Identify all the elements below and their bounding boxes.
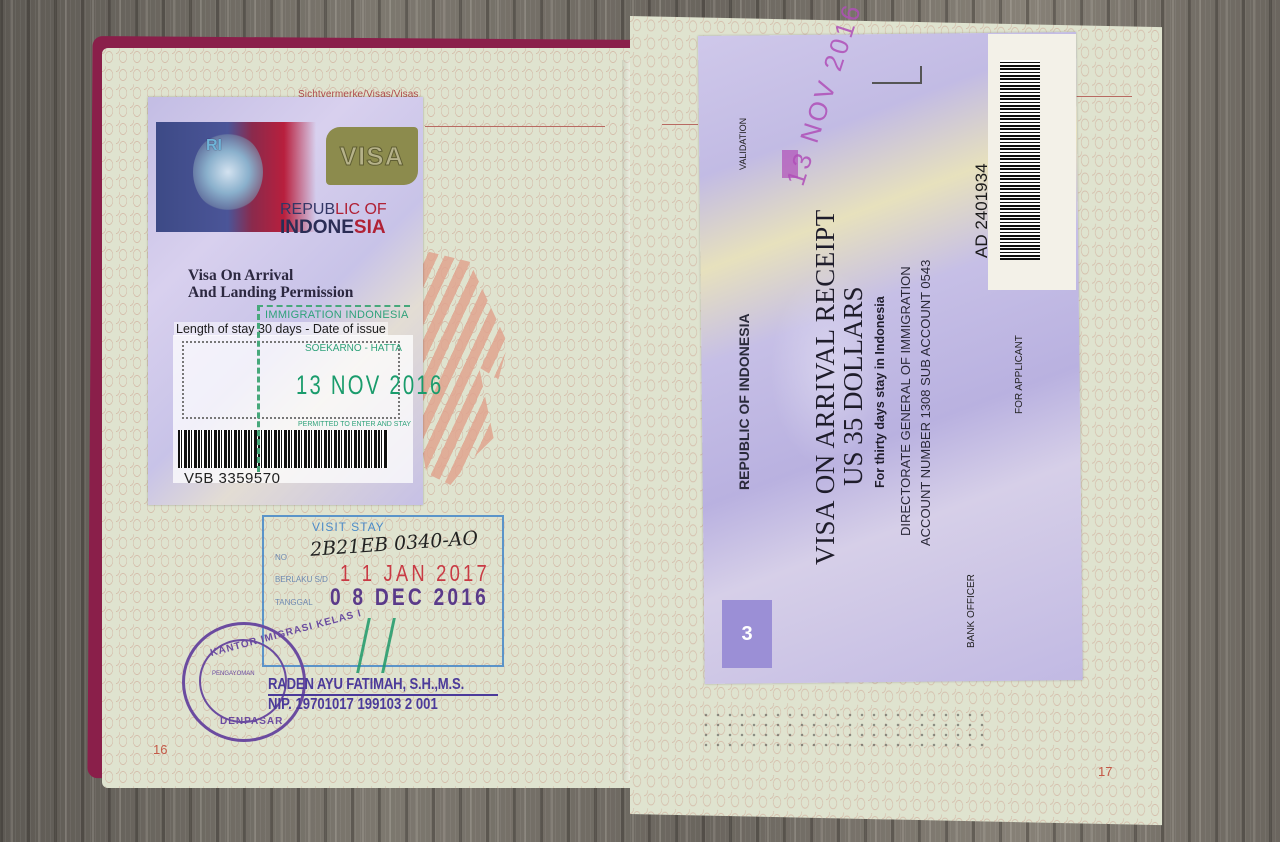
entry-stamp-note: PERMITTED TO ENTER AND STAY bbox=[298, 421, 411, 428]
receipt-amount: US 35 DOLLARS bbox=[838, 286, 869, 486]
visa-type: Visa On ArrivalAnd Landing Permission bbox=[188, 267, 353, 301]
bank-officer-label: BANK OFFICER bbox=[966, 574, 977, 648]
garuda-emblem-icon bbox=[193, 132, 263, 212]
country-text: INDONE bbox=[280, 217, 354, 238]
field-label-date: TANGGAL bbox=[275, 598, 313, 607]
page-rule bbox=[425, 126, 605, 127]
validation-label: VALIDATION bbox=[738, 118, 748, 170]
emblem-label: RI bbox=[206, 137, 222, 155]
sheet-number: 3 bbox=[722, 600, 772, 668]
staple-mark bbox=[872, 82, 922, 84]
visa-type-line: And Landing Permission bbox=[188, 284, 353, 301]
officer-name: RADEN AYU FATIMAH, S.H.,M.S. bbox=[268, 676, 464, 694]
visa-number: V5B 3359570 bbox=[184, 470, 280, 487]
page-rule bbox=[662, 124, 698, 125]
office-stamp-center: PENGAYOMAN bbox=[212, 671, 255, 677]
country-text-red: SIA bbox=[354, 217, 386, 238]
staple-mark bbox=[920, 66, 922, 84]
receipt-duration: For thirty days stay in Indonesia bbox=[873, 296, 887, 488]
receipt-issuer: DIRECTORATE GENERAL OF IMMIGRATION bbox=[898, 266, 913, 536]
entry-stamp-location: SOEKARNO - HATTA bbox=[305, 343, 402, 354]
for-applicant-label: FOR APPLICANT bbox=[1014, 335, 1025, 414]
country-text: REPUB bbox=[280, 201, 335, 218]
receipt-country: REPUBLIC OF INDONESIA bbox=[736, 313, 752, 490]
page-number-left: 16 bbox=[153, 742, 167, 757]
entry-stamp-date: 13 NOV 2016 bbox=[296, 370, 443, 401]
valid-until-date: 1 1 JAN 2017 bbox=[340, 560, 490, 587]
field-label-no: NO bbox=[275, 553, 287, 562]
receipt-barcode bbox=[1000, 60, 1040, 260]
visa-type-line: Visa On Arrival bbox=[188, 267, 353, 284]
receipt-title: VISA ON ARRIVAL RECEIPT bbox=[810, 209, 841, 565]
perforation-dots bbox=[700, 710, 990, 750]
issued-date: 0 8 DEC 2016 bbox=[330, 584, 489, 612]
office-stamp-bottom: DENPASAR bbox=[220, 716, 283, 727]
visit-stay-title: VISIT STAY bbox=[312, 520, 385, 534]
entry-stamp-agency: IMMIGRATION INDONESIA bbox=[265, 309, 409, 321]
country-text-red: LIC OF bbox=[335, 201, 387, 218]
country-line-2: INDONESIA bbox=[280, 217, 386, 239]
page-rule bbox=[1076, 96, 1132, 97]
receipt-serial: AD 2401934 bbox=[972, 163, 992, 258]
officer-id: NIP. 19701017 199103 2 001 bbox=[268, 696, 438, 714]
visa-badge: VISA bbox=[326, 127, 418, 185]
page-number-right: 17 bbox=[1098, 764, 1112, 779]
receipt-account: ACCOUNT NUMBER 1308 SUB ACCOUNT 0543 bbox=[918, 260, 933, 546]
field-label-valid: BERLAKU S/D bbox=[275, 575, 328, 584]
